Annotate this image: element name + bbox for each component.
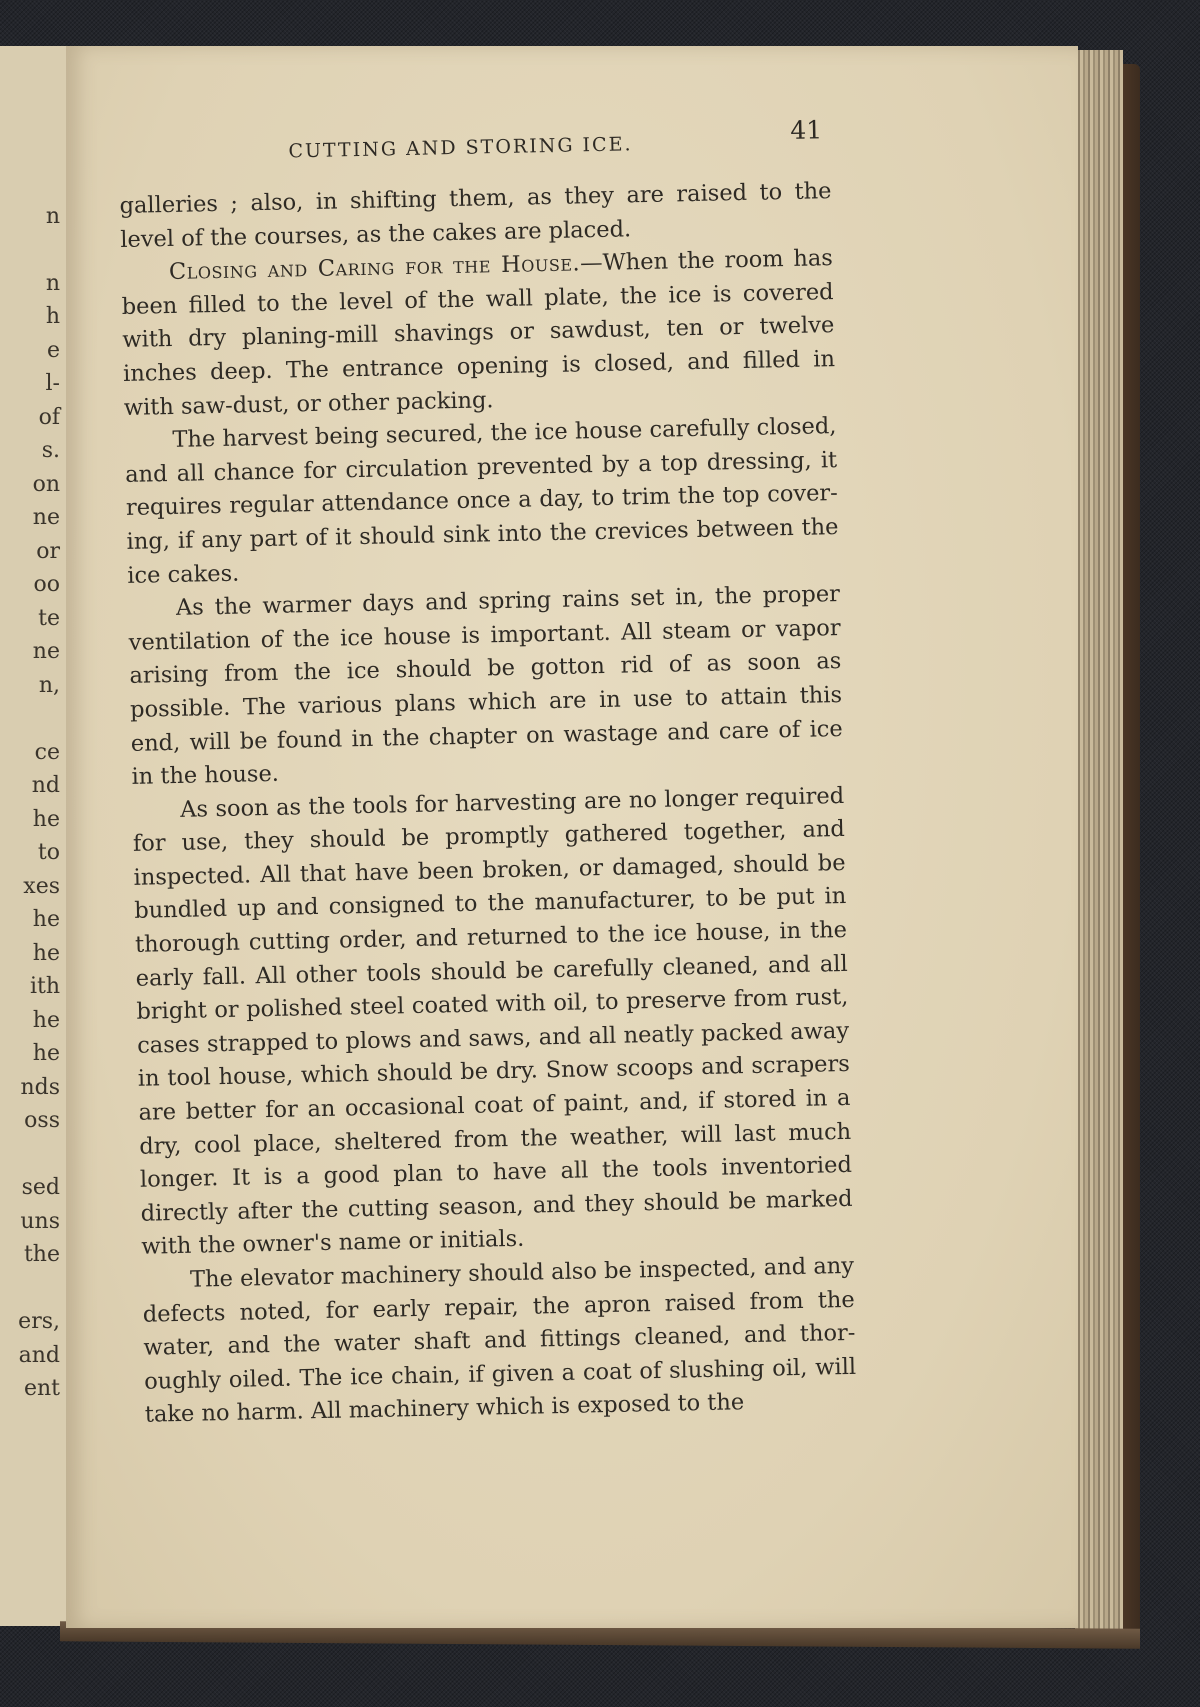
paragraph: The elevator machinery should also be in… [142, 1250, 857, 1433]
page-edges [1075, 50, 1123, 1630]
left-page-fragment: to [38, 840, 60, 865]
left-page-fragment: n [46, 204, 60, 229]
paragraph: The harvest being secured, the ice house… [124, 410, 839, 593]
left-page-fragment: he [33, 1008, 60, 1033]
left-page-fragment: or [36, 539, 60, 564]
left-page-fragment: ent [24, 1376, 60, 1401]
paragraph-text: The elevator machinery should also be in… [143, 1253, 857, 1428]
left-page-fragment: on [33, 472, 60, 497]
left-page-fragment: and [19, 1343, 60, 1368]
left-page-fragment: ith [30, 974, 60, 999]
left-page-fragment: oo [34, 572, 61, 597]
left-page-fragment: n [46, 271, 60, 296]
left-page-fragment: of [39, 405, 60, 430]
left-page-fragment: the [24, 1242, 60, 1267]
page-number: 41 [790, 115, 822, 145]
left-page-fragment: ne [33, 505, 60, 530]
left-page-fragment: he [33, 941, 60, 966]
left-page-fragment: nd [32, 773, 60, 798]
paragraph-text: The harvest being secured, the ice house… [125, 413, 839, 588]
left-page-fragment: h [46, 304, 60, 329]
left-page-fragment: l- [46, 371, 60, 396]
left-page-fragment: s. [42, 438, 60, 463]
running-title: CUTTING AND STORING ICE. [288, 133, 632, 162]
left-page-fragment: ce [35, 740, 60, 765]
left-page-fragment: xes [23, 874, 60, 899]
left-page-fragment: te [38, 606, 60, 631]
left-page-fragment: he [33, 807, 60, 832]
page-content: CUTTING AND STORING ICE. 41 galleries ; … [118, 115, 857, 1433]
left-page-fragment: sed [22, 1175, 60, 1200]
paragraph-text: As soon as the tools for harvesting are … [133, 783, 853, 1261]
paragraph-text: As the warmer days and spring rains set … [128, 581, 842, 790]
left-page-fragment: ne [33, 639, 60, 664]
paragraph: As the warmer days and spring rains set … [128, 578, 844, 794]
left-page-fragment: n, [39, 673, 60, 698]
left-page-fragment: he [33, 907, 60, 932]
left-page-fragment: he [33, 1041, 60, 1066]
paragraph: Closing and Caring for the House.—When t… [121, 242, 836, 425]
left-page-edge: nnhel-ofs.onneorootenen,cendhetoxeshehei… [0, 46, 67, 1626]
left-page-fragment: nds [20, 1075, 60, 1100]
left-page-fragment: uns [20, 1209, 60, 1234]
paragraph: As soon as the tools for harvesting are … [132, 780, 854, 1265]
left-page-fragment: ers, [18, 1309, 60, 1334]
left-page-fragment: oss [24, 1108, 60, 1133]
left-page-fragment: e [47, 338, 60, 363]
paragraph-text: galleries ; also, in shifting them, as t… [119, 178, 831, 252]
section-heading: Closing and Caring for the House. [169, 251, 581, 286]
